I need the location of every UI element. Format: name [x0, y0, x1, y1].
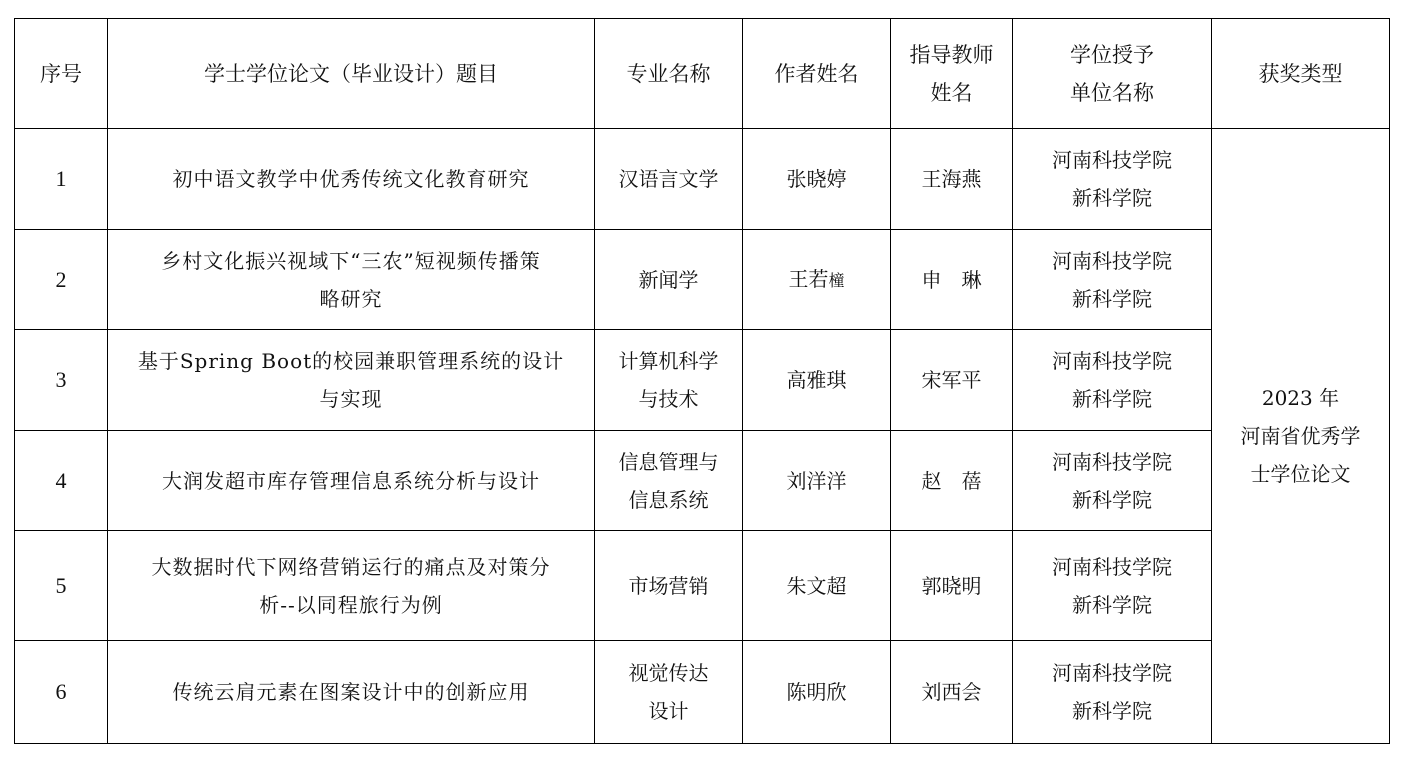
header-author: 作者姓名 [743, 19, 891, 129]
header-advisor-line1: 指导教师 [897, 36, 1006, 74]
row-unit: 河南科技学院新科学院 [1013, 531, 1212, 641]
title-line1: 初中语文教学中优秀传统文化教育研究 [114, 160, 588, 198]
unit-line1: 河南科技学院 [1019, 443, 1205, 481]
row-author: 朱文超 [743, 531, 891, 641]
unit-line2: 新科学院 [1019, 692, 1205, 730]
table-row: 5 大数据时代下网络营销运行的痛点及对策分析--以同程旅行为例 市场营销 朱文超… [15, 531, 1390, 641]
row-advisor: 赵 蓓 [891, 431, 1013, 531]
unit-line1: 河南科技学院 [1019, 654, 1205, 692]
award-type-cell: 2023 年 河南省优秀学 士学位论文 [1212, 129, 1390, 744]
header-unit-line1: 学位授予 [1019, 36, 1205, 74]
table-row: 6 传统云肩元素在图案设计中的创新应用 视觉传达设计 陈明欣 刘西会 河南科技学… [15, 641, 1390, 744]
row-major: 计算机科学与技术 [595, 330, 743, 431]
row-author: 陈明欣 [743, 641, 891, 744]
row-index: 6 [15, 641, 108, 744]
header-advisor-line2: 姓名 [897, 74, 1006, 112]
row-index: 2 [15, 230, 108, 330]
row-major: 视觉传达设计 [595, 641, 743, 744]
table-row: 2 乡村文化振兴视域下“三农”短视频传播策略研究 新闻学 王若橦 申 琳 河南科… [15, 230, 1390, 330]
row-index: 5 [15, 531, 108, 641]
row-title: 传统云肩元素在图案设计中的创新应用 [108, 641, 595, 744]
major-line1: 视觉传达 [601, 654, 736, 692]
row-author: 王若橦 [743, 230, 891, 330]
row-index: 4 [15, 431, 108, 531]
row-author: 刘洋洋 [743, 431, 891, 531]
row-title: 初中语文教学中优秀传统文化教育研究 [108, 129, 595, 230]
header-row: 序号 学士学位论文（毕业设计）题目 专业名称 作者姓名 指导教师姓名 学位授予单… [15, 19, 1390, 129]
row-title: 大数据时代下网络营销运行的痛点及对策分析--以同程旅行为例 [108, 531, 595, 641]
major-line1: 信息管理与 [601, 443, 736, 481]
unit-line2: 新科学院 [1019, 481, 1205, 519]
unit-line1: 河南科技学院 [1019, 342, 1205, 380]
row-author: 张晓婷 [743, 129, 891, 230]
title-line1: 传统云肩元素在图案设计中的创新应用 [114, 673, 588, 711]
row-major: 汉语言文学 [595, 129, 743, 230]
major-line1: 新闻学 [601, 261, 736, 299]
award-table: 序号 学士学位论文（毕业设计）题目 专业名称 作者姓名 指导教师姓名 学位授予单… [14, 18, 1390, 744]
row-advisor: 申 琳 [891, 230, 1013, 330]
author-name: 王若 [788, 267, 828, 291]
row-title: 基于Spring Boot的校园兼职管理系统的设计与实现 [108, 330, 595, 431]
header-major: 专业名称 [595, 19, 743, 129]
row-author: 高雅琪 [743, 330, 891, 431]
header-unit-line2: 单位名称 [1019, 74, 1205, 112]
title-line1: 乡村文化振兴视域下“三农”短视频传播策 [114, 242, 588, 280]
row-major: 市场营销 [595, 531, 743, 641]
row-advisor: 宋军平 [891, 330, 1013, 431]
title-line2: 析--以同程旅行为例 [114, 586, 588, 624]
header-award: 获奖类型 [1212, 19, 1390, 129]
row-index: 3 [15, 330, 108, 431]
row-advisor: 王海燕 [891, 129, 1013, 230]
unit-line2: 新科学院 [1019, 280, 1205, 318]
row-unit: 河南科技学院新科学院 [1013, 431, 1212, 531]
row-index: 1 [15, 129, 108, 230]
row-major: 信息管理与信息系统 [595, 431, 743, 531]
header-advisor: 指导教师姓名 [891, 19, 1013, 129]
row-advisor: 郭晓明 [891, 531, 1013, 641]
title-line2: 略研究 [114, 280, 588, 318]
unit-line1: 河南科技学院 [1019, 242, 1205, 280]
row-title: 大润发超市库存管理信息系统分析与设计 [108, 431, 595, 531]
unit-line2: 新科学院 [1019, 179, 1205, 217]
row-unit: 河南科技学院新科学院 [1013, 330, 1212, 431]
award-line2: 河南省优秀学 [1218, 417, 1383, 455]
header-unit: 学位授予单位名称 [1013, 19, 1212, 129]
title-line1: 基于Spring Boot的校园兼职管理系统的设计 [114, 342, 588, 380]
award-line1: 2023 年 [1218, 379, 1383, 417]
row-title: 乡村文化振兴视域下“三农”短视频传播策略研究 [108, 230, 595, 330]
major-line1: 市场营销 [601, 567, 736, 605]
major-line1: 汉语言文学 [601, 160, 736, 198]
row-unit: 河南科技学院新科学院 [1013, 129, 1212, 230]
unit-line1: 河南科技学院 [1019, 548, 1205, 586]
table-row: 4 大润发超市库存管理信息系统分析与设计 信息管理与信息系统 刘洋洋 赵 蓓 河… [15, 431, 1390, 531]
header-index: 序号 [15, 19, 108, 129]
award-line3: 士学位论文 [1218, 455, 1383, 493]
unit-line1: 河南科技学院 [1019, 141, 1205, 179]
unit-line2: 新科学院 [1019, 586, 1205, 624]
row-unit: 河南科技学院新科学院 [1013, 230, 1212, 330]
title-line1: 大润发超市库存管理信息系统分析与设计 [114, 462, 588, 500]
major-line1: 计算机科学 [601, 342, 736, 380]
major-line2: 设计 [601, 692, 736, 730]
row-advisor: 刘西会 [891, 641, 1013, 744]
row-unit: 河南科技学院新科学院 [1013, 641, 1212, 744]
header-title: 学士学位论文（毕业设计）题目 [108, 19, 595, 129]
table-row: 3 基于Spring Boot的校园兼职管理系统的设计与实现 计算机科学与技术 … [15, 330, 1390, 431]
table-row: 1 初中语文教学中优秀传统文化教育研究 汉语言文学 张晓婷 王海燕 河南科技学院… [15, 129, 1390, 230]
title-line2: 与实现 [114, 380, 588, 418]
title-line1: 大数据时代下网络营销运行的痛点及对策分 [114, 548, 588, 586]
major-line2: 与技术 [601, 380, 736, 418]
row-major: 新闻学 [595, 230, 743, 330]
unit-line2: 新科学院 [1019, 380, 1205, 418]
major-line2: 信息系统 [601, 481, 736, 519]
author-name-suffix: 橦 [828, 271, 844, 290]
